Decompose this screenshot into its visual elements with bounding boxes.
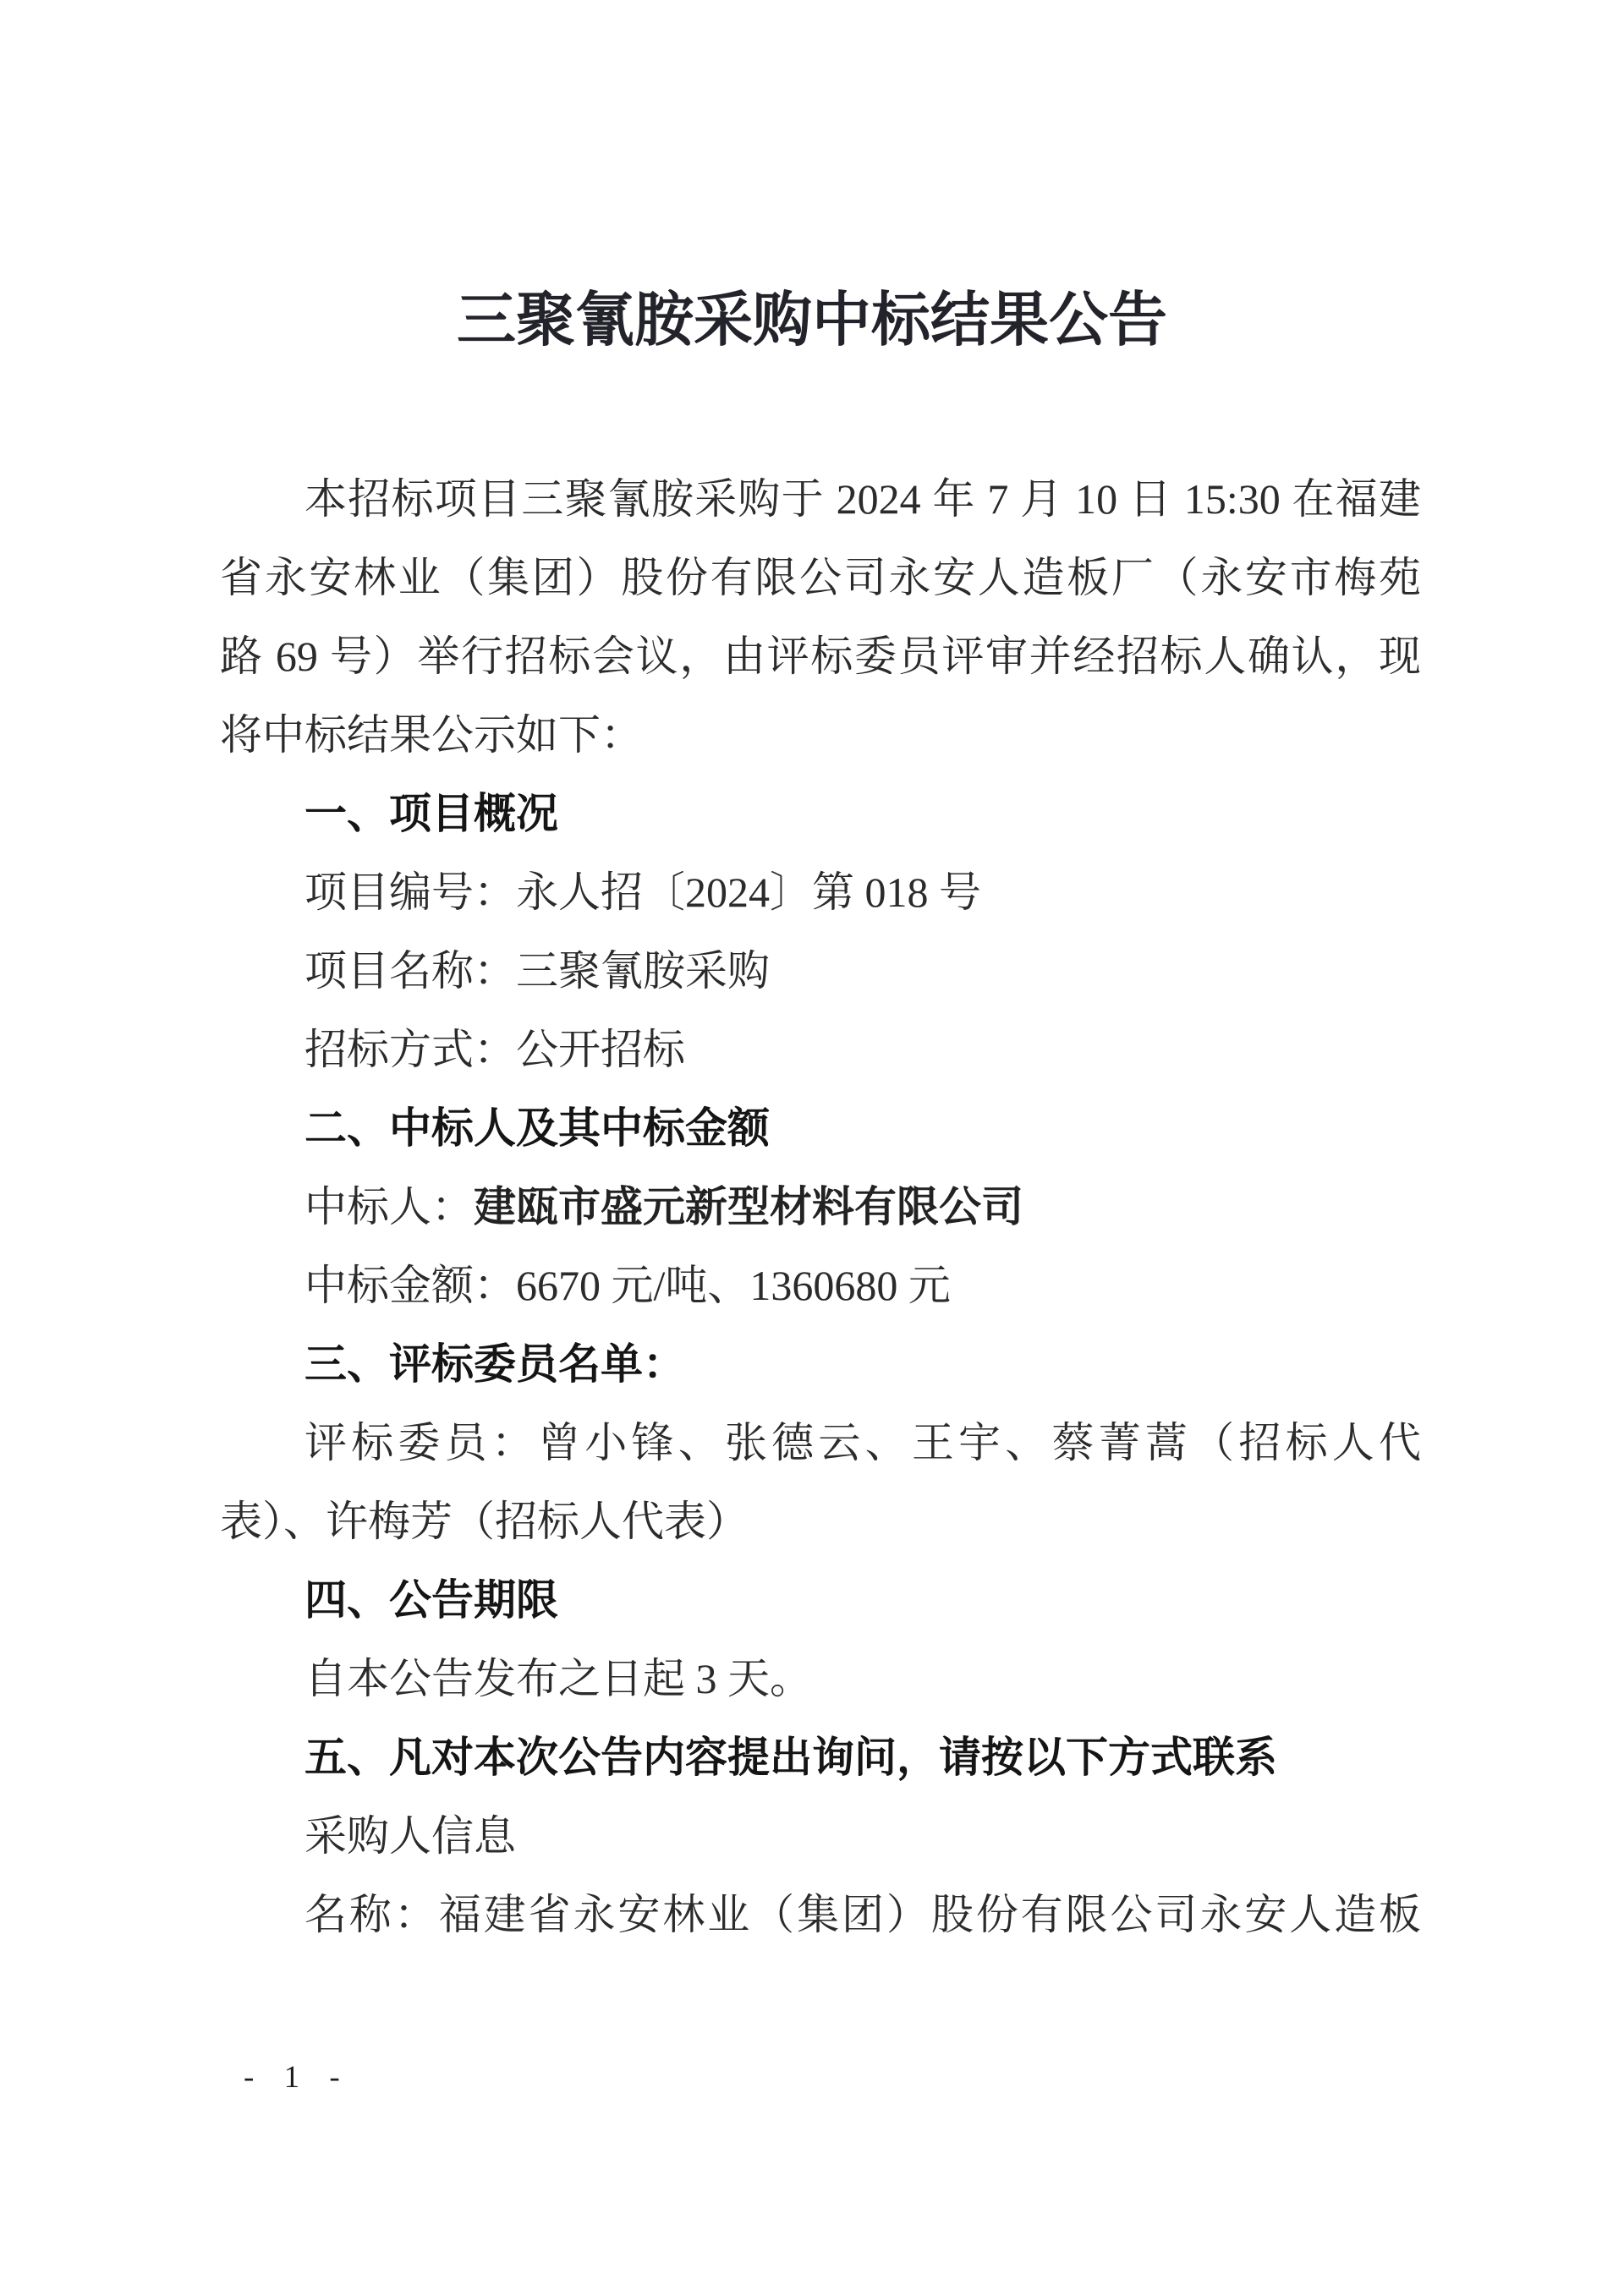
- document-title: 三聚氰胺采购中标结果公告: [0, 286, 1624, 357]
- body-text: 表）、许梅芳（招标人代表）: [220, 1498, 749, 1545]
- committee-line-1: 评标委员：曾小锋、张德云、王宇、蔡菁蒿（招标人代: [220, 1404, 1421, 1482]
- body-text: 招标方式：公开招标: [304, 1026, 685, 1073]
- body-text: 路 69 号）举行招标会议，由评标委员评审并经招标人确认，现: [220, 633, 1421, 680]
- intro-line-1: 本招标项目三聚氰胺采购于 2024 年 7 月 10 日 15:30 在福建: [220, 460, 1421, 539]
- bidding-method: 招标方式：公开招标: [220, 1011, 1421, 1089]
- body-text: 采购人信息: [304, 1812, 516, 1860]
- section-5-heading: 五、凡对本次公告内容提出询问，请按以下方式联系: [220, 1718, 1421, 1797]
- section-1-heading: 一、项目概况: [220, 775, 1421, 853]
- section-3-heading: 三、评标委员名单：: [220, 1325, 1421, 1404]
- heading-text: 五、凡对本次公告内容提出询问，请按以下方式联系: [304, 1734, 1277, 1781]
- intro-line-2: 省永安林业（集团）股份有限公司永安人造板厂（永安市梅苑: [220, 539, 1421, 617]
- intro-line-3: 路 69 号）举行招标会议，由评标委员评审并经招标人确认，现: [220, 617, 1421, 696]
- body-text: 本招标项目三聚氰胺采购于 2024 年 7 月 10 日 15:30 在福建: [304, 475, 1421, 523]
- heading-text: 四、公告期限: [304, 1576, 558, 1624]
- project-number: 项目编号：永人招〔2024〕第 018 号: [220, 853, 1421, 932]
- announcement-period: 自本公告发布之日起 3 天。: [220, 1640, 1421, 1718]
- section-4-heading: 四、公告期限: [220, 1561, 1421, 1640]
- body-text: 自本公告发布之日起 3 天。: [304, 1655, 812, 1702]
- intro-line-4: 将中标结果公示如下：: [220, 696, 1421, 775]
- page-number: - 1 -: [244, 2058, 346, 2097]
- committee-line-2: 表）、许梅芳（招标人代表）: [220, 1482, 1421, 1561]
- project-name: 项目名称：三聚氰胺采购: [220, 932, 1421, 1011]
- body-text: 将中标结果公示如下：: [220, 711, 643, 759]
- body-text: 项目名称：三聚氰胺采购: [304, 947, 770, 995]
- body-text: 省永安林业（集团）股份有限公司永安人造板厂（永安市梅苑: [220, 554, 1421, 601]
- body-text: 评标委员：曾小锋、张德云、王宇、蔡菁蒿（招标人代: [304, 1419, 1421, 1466]
- purchaser-info-label: 采购人信息: [220, 1797, 1421, 1876]
- winning-amount: 中标金额：6670 元/吨、1360680 元: [220, 1247, 1421, 1325]
- document-body: 本招标项目三聚氰胺采购于 2024 年 7 月 10 日 15:30 在福建省永…: [220, 460, 1421, 1954]
- purchaser-name-line-1: 名称：福建省永安林业（集团）股份有限公司永安人造板: [220, 1876, 1421, 1954]
- body-text: 中标人：: [304, 1183, 474, 1230]
- section-2-heading: 二、中标人及其中标金额: [220, 1089, 1421, 1168]
- winning-bidder: 中标人：建瓯市盛元新型材料有限公司: [220, 1168, 1421, 1247]
- heading-text: 二、中标人及其中标金额: [304, 1104, 770, 1152]
- emphasized-text: 建瓯市盛元新型材料有限公司: [474, 1183, 1023, 1230]
- heading-text: 三、评标委员名单：: [304, 1340, 685, 1388]
- body-text: 项目编号：永人招〔2024〕第 018 号: [304, 869, 981, 916]
- document-page: 三聚氰胺采购中标结果公告 本招标项目三聚氰胺采购于 2024 年 7 月 10 …: [0, 0, 1624, 2296]
- body-text: 中标金额：6670 元/吨、1360680 元: [304, 1262, 951, 1309]
- heading-text: 一、项目概况: [304, 790, 558, 837]
- body-text: 名称：福建省永安林业（集团）股份有限公司永安人造板: [304, 1891, 1421, 1938]
